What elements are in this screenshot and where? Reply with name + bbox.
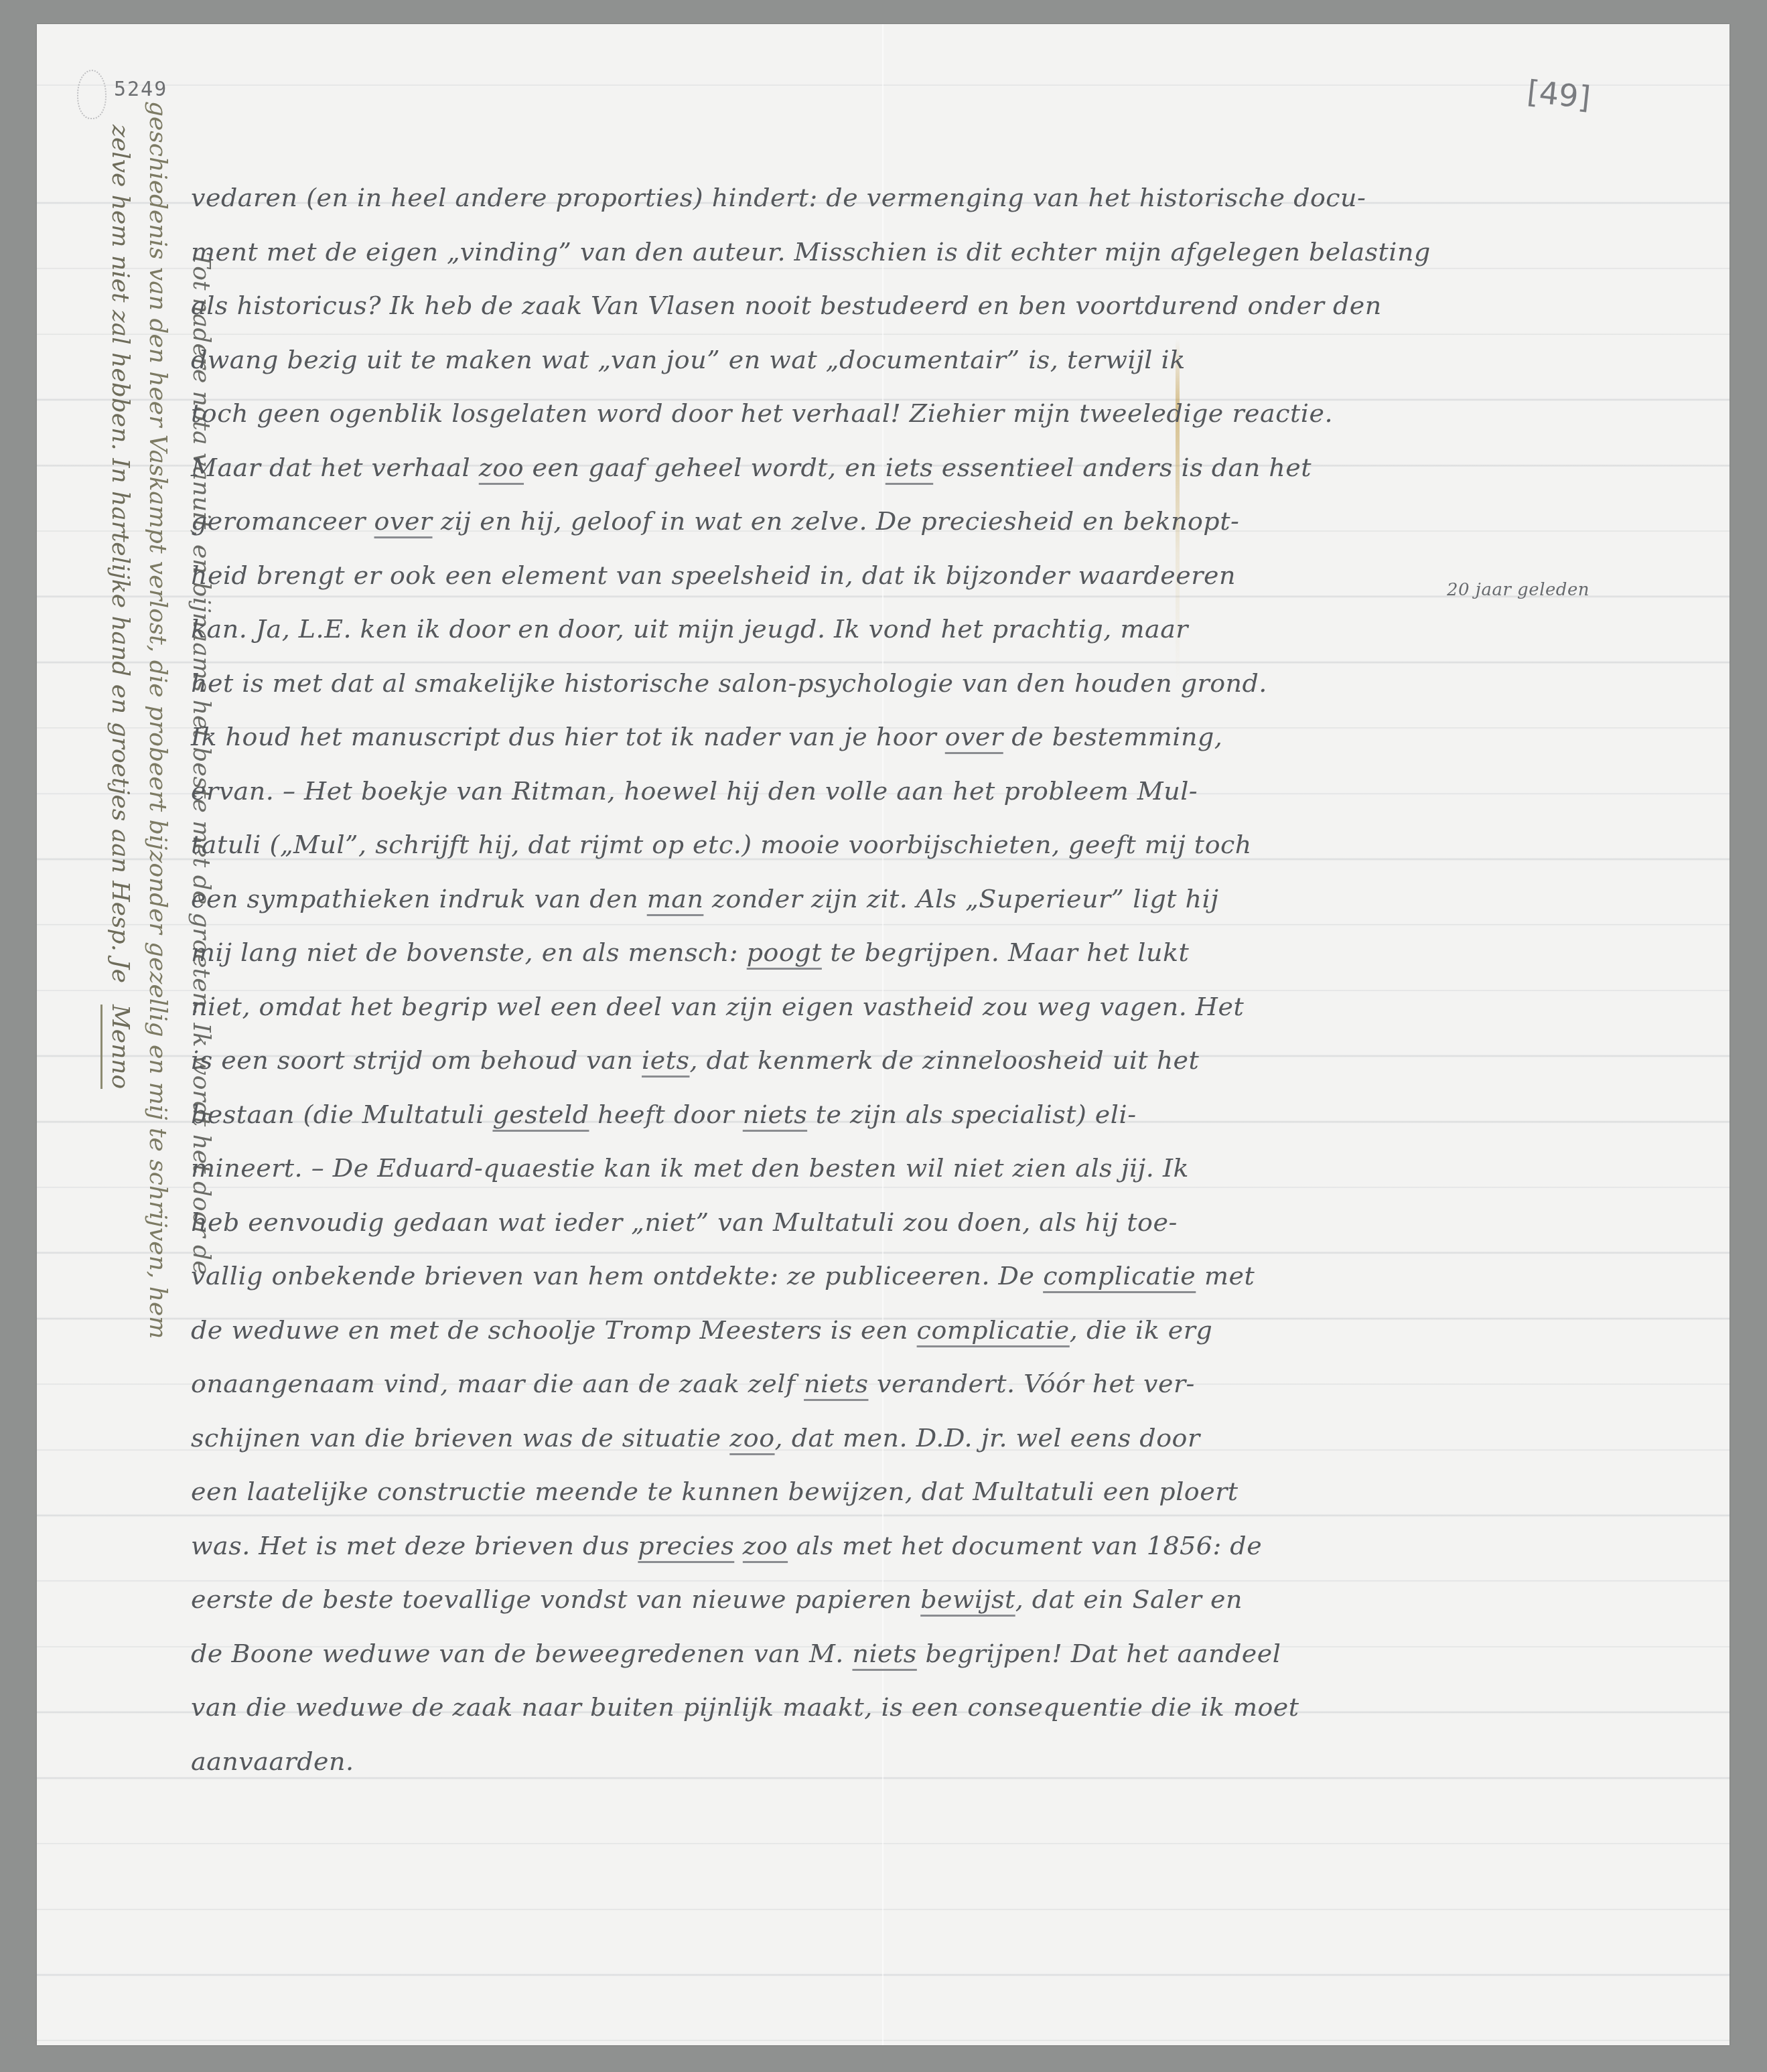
body-line: niet, omdat het begrip wel een deel van … [191, 980, 1725, 1034]
body-line: vallig onbekende brieven van hem ontdekt… [191, 1249, 1725, 1303]
body-line: Maar dat het verhaal zoo een gaaf geheel… [191, 441, 1725, 495]
body-line: tatuli („Mul”, schrijft hij, dat rijmt o… [191, 818, 1725, 872]
body-line: als historicus? Ik heb de zaak Van Vlase… [191, 279, 1725, 333]
body-line: een sympathieken indruk van den man zond… [191, 872, 1725, 926]
body-line: de Boone weduwe van de beweegredenen van… [191, 1627, 1725, 1681]
body-line: aanvaarden. [191, 1734, 1725, 1789]
margin-note-line-2: geschiedenis van den heer Vaskampt verlo… [144, 101, 171, 1339]
body-line: toch geen ogenblik losgelaten word door … [191, 386, 1725, 441]
body-line: ment met de eigen „vinding” van den aute… [191, 225, 1725, 279]
body-line: vedaren (en in heel andere proporties) h… [191, 171, 1725, 225]
margin-note-text: zelve hem niet zal hebben. In hartelijke… [107, 125, 134, 983]
body-line: van die weduwe de zaak naar buiten pijnl… [191, 1680, 1725, 1734]
body-line: is een soort strijd om behoud van iets, … [191, 1033, 1725, 1088]
body-line: schijnen van die brieven was de situatie… [191, 1411, 1725, 1465]
body-line: bestaan (die Multatuli gesteld heeft doo… [191, 1088, 1725, 1142]
interlinear-insert: 20 jaar geleden [1447, 563, 1589, 617]
body-line: heb eenvoudig gedaan wat ieder „niet” va… [191, 1195, 1725, 1250]
body-line: het is met dat al smakelijke historische… [191, 656, 1725, 711]
letter-body: vedaren (en in heel andere proporties) h… [191, 171, 1725, 1788]
archive-stamp-number: 5249 [114, 78, 167, 101]
body-line: geromanceer over zij en hij, geloof in w… [191, 494, 1725, 548]
body-line: mij lang niet de bovenste, en als mensch… [191, 926, 1725, 980]
body-line: was. Het is met deze brieven dus precies… [191, 1519, 1725, 1573]
body-line: een laatelijke constructie meende te kun… [191, 1465, 1725, 1519]
body-line: eerste de beste toevallige vondst van ni… [191, 1572, 1725, 1627]
archive-seal-icon [77, 70, 107, 119]
body-line: ervan. – Het boekje van Ritman, hoewel h… [191, 764, 1725, 818]
folio-number: [49] [1525, 73, 1592, 116]
body-line: onaangenaam vind, maar die aan de zaak z… [191, 1357, 1725, 1411]
body-line: de weduwe en met de schoolje Tromp Meest… [191, 1303, 1725, 1357]
margin-note-line-3: zelve hem niet zal hebben. In hartelijke… [100, 125, 134, 1089]
body-line: mineert. – De Eduard-quaestie kan ik met… [191, 1141, 1725, 1195]
signature: Menno [100, 1005, 134, 1089]
body-line: dwang bezig uit te maken wat „van jou” e… [191, 333, 1725, 387]
body-line: Ik houd het manuscript dus hier tot ik n… [191, 710, 1725, 764]
